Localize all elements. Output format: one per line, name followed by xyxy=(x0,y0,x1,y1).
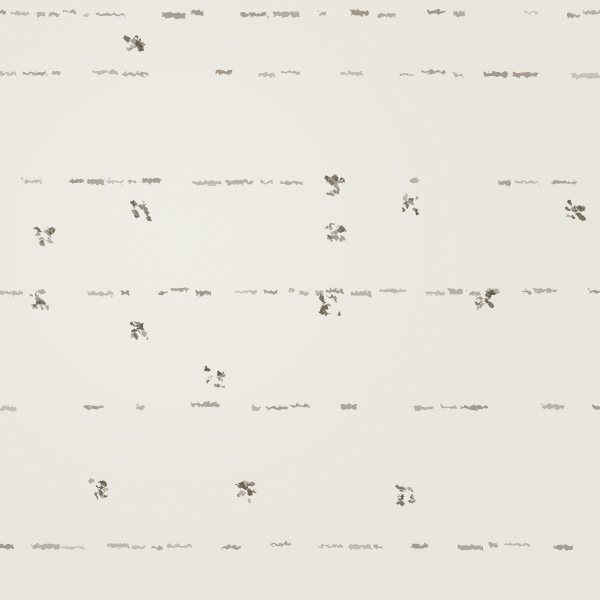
carpet-texture-image: Carpet texture xyxy=(0,0,600,600)
carpet-texture-svg xyxy=(0,0,600,600)
